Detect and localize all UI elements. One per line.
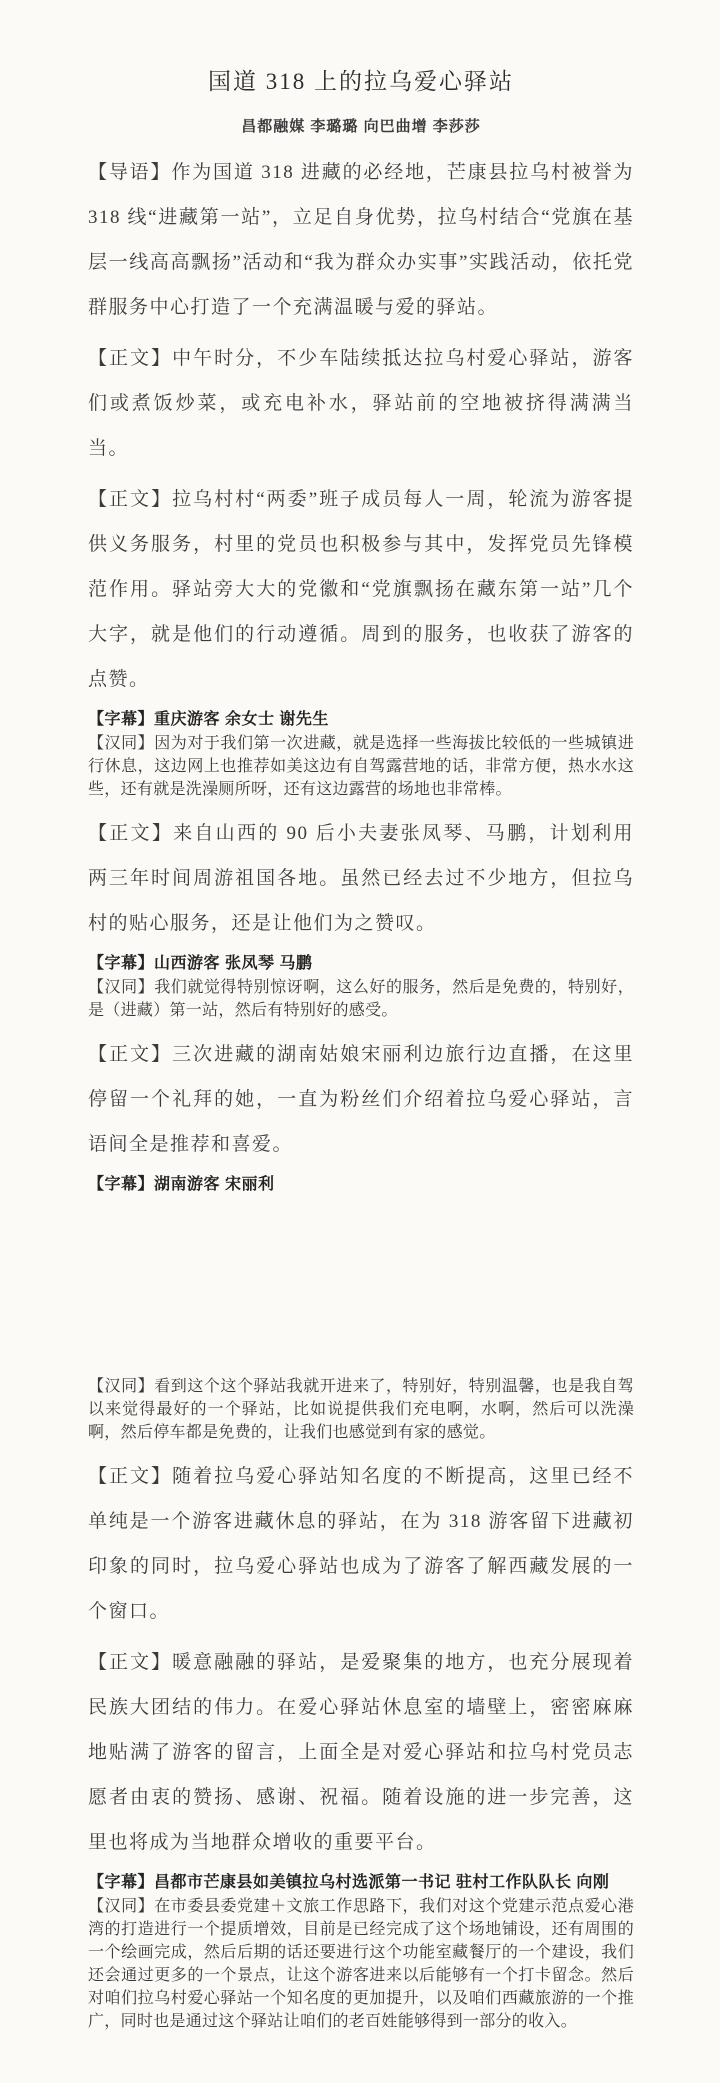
document-page: 国道 318 上的拉乌爱心驿站 昌都融媒 李璐璐 向巴曲增 李莎莎 【导语】作为… bbox=[0, 0, 720, 2083]
subtitle-caption: 【字幕】山西游客 张凤琴 马鹏 bbox=[88, 952, 634, 976]
paragraph-body: 【正文】三次进藏的湖南姑娘宋丽利边旅行边直播，在这里停留一个礼拜的她，一直为粉丝… bbox=[88, 1032, 634, 1167]
subtitle-caption: 【字幕】昌都市芒康县如美镇拉乌村选派第一书记 驻村工作队队长 向刚 bbox=[88, 1871, 634, 1895]
paragraph-body: 【正文】暖意融融的驿站，是爱聚集的地方，也充分展现着民族大团结的伟力。在爱心驿站… bbox=[88, 1640, 634, 1865]
subtitle-caption: 【字幕】湖南游客 宋丽利 bbox=[88, 1173, 634, 1197]
paragraph-body: 【正文】拉乌村村“两委”班子成员每人一周，轮流为游客提供义务服务，村里的党员也积… bbox=[88, 477, 634, 702]
page-break-gap bbox=[88, 1197, 634, 1375]
paragraph-lead: 【导语】作为国道 318 进藏的必经地，芒康县拉乌村被誉为 318 线“进藏第一… bbox=[88, 150, 634, 330]
paragraph-body: 【正文】随着拉乌爱心驿站知名度的不断提高，这里已经不单纯是一个游客进藏休息的驿站… bbox=[88, 1454, 634, 1634]
article-byline: 昌都融媒 李璐璐 向巴曲增 李莎莎 bbox=[88, 116, 634, 138]
paragraph-body: 【正文】来自山西的 90 后小夫妻张凤琴、马鹏，计划利用两三年时间周游祖国各地。… bbox=[88, 811, 634, 946]
interview-quote: 【汉同】因为对于我们第一次进藏，就是选择一些海拔比较低的一些城镇进行休息，这边网… bbox=[88, 732, 634, 801]
interview-quote: 【汉同】我们就觉得特别惊讶啊，这么好的服务，然后是免费的，特别好，是（进藏）第一… bbox=[88, 976, 634, 1022]
article-title: 国道 318 上的拉乌爱心驿站 bbox=[88, 66, 634, 98]
subtitle-caption: 【字幕】重庆游客 余女士 谢先生 bbox=[88, 708, 634, 732]
interview-quote: 【汉同】看到这个这个驿站我就开进来了，特别好，特别温馨，也是我自驾以来觉得最好的… bbox=[88, 1375, 634, 1444]
paragraph-body: 【正文】中午时分，不少车陆续抵达拉乌村爱心驿站，游客们或煮饭炒菜，或充电补水，驿… bbox=[88, 336, 634, 471]
interview-quote: 【汉同】在市委县委党建＋文旅工作思路下，我们对这个党建示范点爱心港湾的打造进行一… bbox=[88, 1895, 634, 2033]
